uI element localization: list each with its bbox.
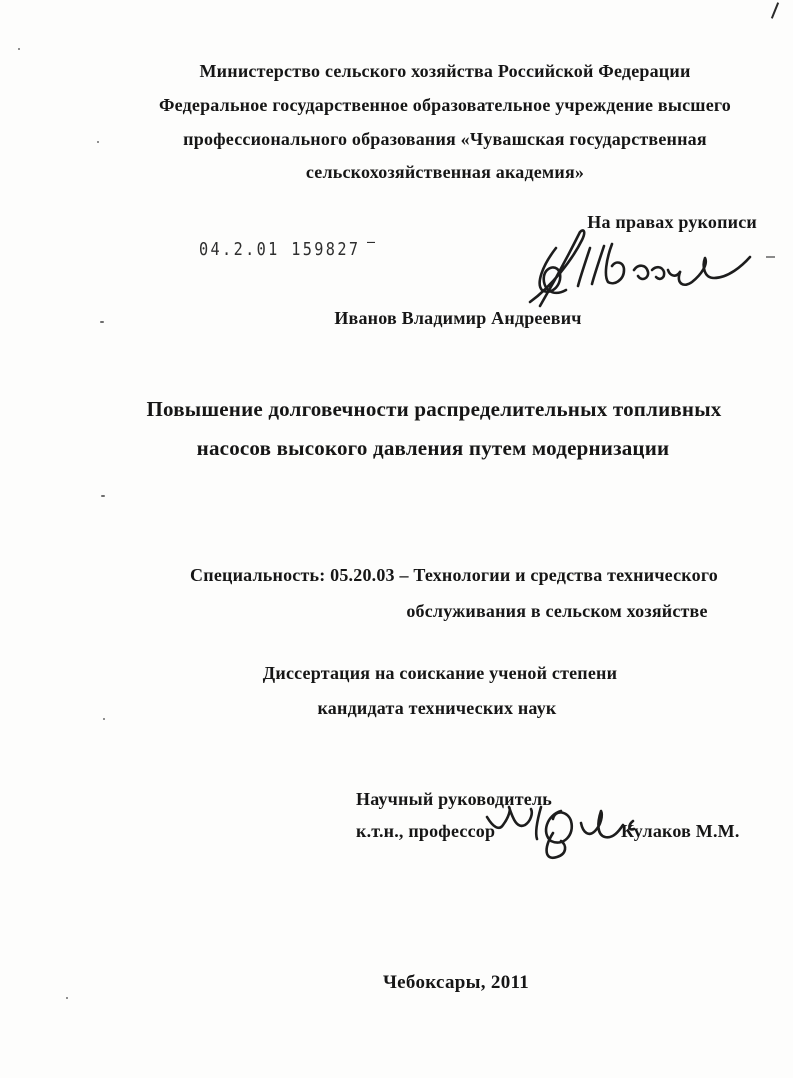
specialty-line: Специальность: 05.20.03 – Технологии и с…	[190, 565, 718, 586]
scan-speck	[18, 48, 20, 50]
institution-line: Федеральное государственное образователь…	[120, 89, 770, 123]
scanned-title-page: Министерство сельского хозяйства Российс…	[0, 0, 793, 1078]
city-year: Чебоксары, 2011	[383, 972, 529, 994]
stamp-number: 04.2.01 159827	[199, 238, 360, 259]
supervisor-signature	[483, 799, 658, 867]
institution-line: сельскохозяйственная академия»	[120, 156, 770, 190]
scan-speck	[97, 141, 99, 143]
scan-dash-artifact	[766, 256, 775, 258]
supervisor-degree: к.т.н., профессор	[356, 821, 495, 842]
institution-header: Министерство сельского хозяйства Российс…	[120, 55, 770, 190]
accession-stamp: 04.2.01 159827–	[199, 238, 377, 259]
scan-corner-mark	[771, 2, 779, 19]
scan-speck	[66, 997, 68, 999]
institution-line: профессионального образования «Чувашская…	[120, 123, 770, 157]
scan-speck	[103, 718, 105, 720]
degree-statement-line: кандидата технических наук	[318, 698, 557, 719]
specialty-line: обслуживания в сельском хозяйстве	[406, 601, 707, 622]
degree-statement-line: Диссертация на соискание ученой степени	[263, 663, 617, 684]
stamp-dash: –	[367, 234, 377, 252]
author-signature	[512, 226, 752, 308]
scan-speck	[100, 321, 104, 323]
dissertation-title-line: насосов высокого давления путем модерниз…	[197, 436, 670, 461]
signature-icon	[512, 226, 752, 308]
signature-icon	[483, 799, 658, 867]
scan-speck	[101, 495, 105, 497]
author-name: Иванов Владимир Андреевич	[334, 308, 581, 329]
ministry-line: Министерство сельского хозяйства Российс…	[120, 55, 770, 89]
dissertation-title-line: Повышение долговечности распределительны…	[146, 397, 721, 422]
